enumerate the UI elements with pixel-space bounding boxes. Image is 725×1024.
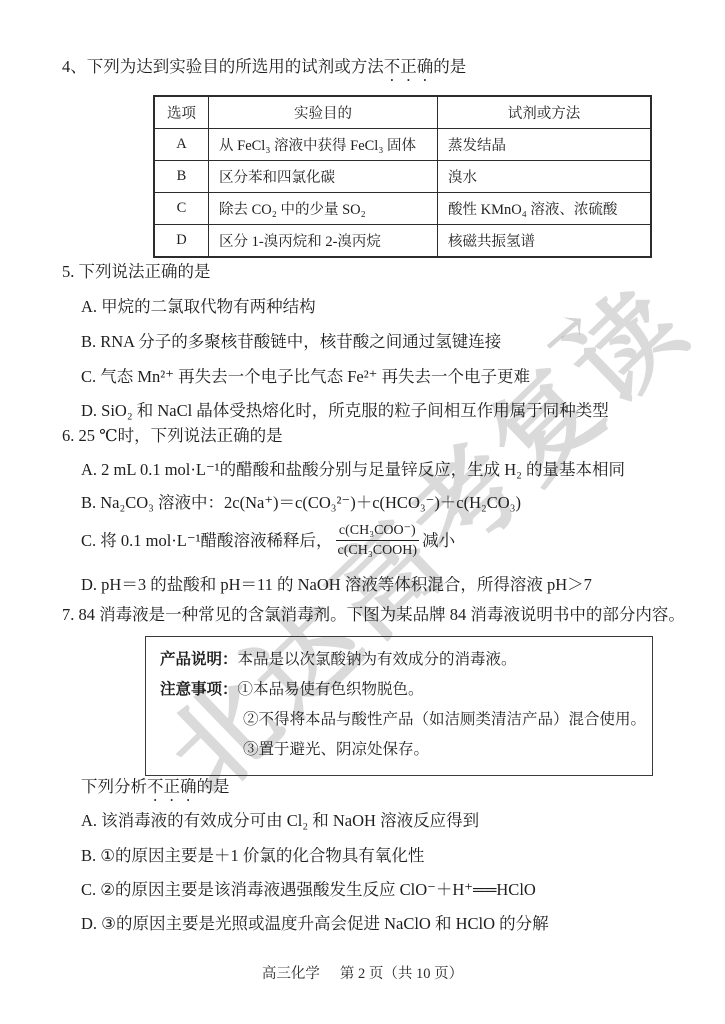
q6-option-c-fraction: c(CH₃COO⁻) c(CH₃COOH) xyxy=(336,521,420,560)
q5-option-c: C. 气态 Mn²⁺ 再失去一个电子比气态 Fe²⁺ 再失去一个电子更难 xyxy=(81,366,530,388)
question-6-stem: 6. 25 ℃时，下列说法正确的是 xyxy=(62,425,283,447)
q6-option-c: C. 将 0.1 mol·L⁻¹醋酸溶液稀释后， c(CH₃COO⁻) c(CH… xyxy=(81,521,455,560)
col-header-method: 试剂或方法 xyxy=(438,96,652,129)
cell-purpose: 区分 1-溴丙烷和 2-溴丙烷 xyxy=(209,225,438,258)
table-header-row: 选项 实验目的 试剂或方法 xyxy=(154,96,651,129)
question-7-stem: 7. 84 消毒液是一种常见的含氯消毒剂。下图为某品牌 84 消毒液说明书中的部… xyxy=(62,604,685,626)
question-4-stem: 4、下列为达到实验目的所选用的试剂或方法不正确的是 xyxy=(62,56,466,85)
q7-option-a: A. 该消毒液的有效成分可由 Cl₂ 和 NaOH 溶液反应得到 xyxy=(81,810,479,832)
fraction-denominator: c(CH₃COOH) xyxy=(336,541,420,560)
cell-purpose: 除去 CO₂ 中的少量 SO₂ xyxy=(209,193,438,225)
exam-page: 北达高考复读 ↗ 4、下列为达到实验目的所选用的试剂或方法不正确的是 选项 实验… xyxy=(0,0,725,1024)
cell-option: D xyxy=(154,225,209,258)
product-description-label: 产品说明： xyxy=(160,651,238,668)
q4-stem-pre: 4、下列为达到实验目的所选用的试剂或方法 xyxy=(62,57,384,76)
q4-stem-emphasis: 不正确 xyxy=(384,57,434,76)
table-row-c: C 除去 CO₂ 中的少量 SO₂ 酸性 KMnO₄ 溶液、浓硫酸 xyxy=(154,193,651,225)
q7-option-b: B. ①的原因主要是＋1 价氯的化合物具有氧化性 xyxy=(81,845,424,867)
product-manual-box: 产品说明：本品是以次氯酸钠为有效成分的消毒液。 注意事项：①本品易使有色织物脱色… xyxy=(145,636,653,776)
footer-page-number: 第 2 页（共 10 页） xyxy=(340,966,463,982)
q5-option-d: D. SiO₂ 和 NaCl 晶体受热熔化时，所克服的粒子间相互作用属于同种类型 xyxy=(81,400,609,422)
cell-option: A xyxy=(154,129,209,161)
cell-option: B xyxy=(154,161,209,193)
notes-line-3: ③置于避光、阴凉处保存。 xyxy=(160,735,640,765)
cell-method: 核磁共振氢谱 xyxy=(438,225,652,258)
product-description-line: 产品说明：本品是以次氯酸钠为有效成分的消毒液。 xyxy=(160,645,640,675)
table-row-b: B 区分苯和四氯化碳 溴水 xyxy=(154,161,651,193)
q6-option-c-post: 减小 xyxy=(422,530,455,552)
cell-method: 酸性 KMnO₄ 溶液、浓硫酸 xyxy=(438,193,652,225)
footer-subject: 高三化学 xyxy=(262,966,320,982)
q7-analysis-stem: 下列分析不正确的是 xyxy=(81,776,230,805)
q6-option-d: D. pH＝3 的盐酸和 pH＝11 的 NaOH 溶液等体积混合，所得溶液 p… xyxy=(81,574,592,596)
cell-method: 溴水 xyxy=(438,161,652,193)
cell-method: 蒸发结晶 xyxy=(438,129,652,161)
note-1-text: ①本品易使有色织物脱色。 xyxy=(238,681,424,698)
q5-option-b: B. RNA 分子的多聚核苷酸链中，核苷酸之间通过氢键连接 xyxy=(81,331,501,353)
notes-line-1: 注意事项：①本品易使有色织物脱色。 xyxy=(160,675,640,705)
q4-stem-post: 的是 xyxy=(433,57,466,76)
watermark-arrow-icon: ↗ xyxy=(538,296,591,367)
fraction-numerator: c(CH₃COO⁻) xyxy=(336,521,420,541)
q7-option-d: D. ③的原因主要是光照或温度升高会促进 NaClO 和 HClO 的分解 xyxy=(81,913,549,935)
question-5-stem: 5. 下列说法正确的是 xyxy=(62,261,211,283)
cell-option: C xyxy=(154,193,209,225)
page-footer: 高三化学第 2 页（共 10 页） xyxy=(0,962,725,983)
q5-option-a: A. 甲烷的二氯取代物有两种结构 xyxy=(81,296,316,318)
cell-purpose: 区分苯和四氯化碳 xyxy=(209,161,438,193)
col-header-purpose: 实验目的 xyxy=(209,96,438,129)
q7-analysis-pre: 下列分析 xyxy=(81,777,147,796)
q7-analysis-post: 的是 xyxy=(197,777,230,796)
notes-line-2: ②不得将本品与酸性产品（如洁厕类清洁产品）混合使用。 xyxy=(160,705,640,735)
product-description-text: 本品是以次氯酸钠为有效成分的消毒液。 xyxy=(238,651,517,668)
q6-option-a: A. 2 mL 0.1 mol·L⁻¹的醋酸和盐酸分别与足量锌反应，生成 H₂ … xyxy=(81,459,625,481)
notes-label: 注意事项： xyxy=(160,681,238,698)
table-row-d: D 区分 1-溴丙烷和 2-溴丙烷 核磁共振氢谱 xyxy=(154,225,651,258)
q6-option-c-pre: C. 将 0.1 mol·L⁻¹醋酸溶液稀释后， xyxy=(81,530,333,552)
q4-reagent-method-table: 选项 实验目的 试剂或方法 A 从 FeCl₃ 溶液中获得 FeCl₃ 固体 蒸… xyxy=(153,95,652,258)
q7-analysis-emphasis: 不正确 xyxy=(147,777,197,796)
table-row-a: A 从 FeCl₃ 溶液中获得 FeCl₃ 固体 蒸发结晶 xyxy=(154,129,651,161)
cell-purpose: 从 FeCl₃ 溶液中获得 FeCl₃ 固体 xyxy=(209,129,438,161)
q6-option-b: B. Na₂CO₃ 溶液中：2c(Na⁺)＝c(CO₃²⁻)＋c(HCO₃⁻)＋… xyxy=(81,492,521,514)
q7-option-c: C. ②的原因主要是该消毒液遇强酸发生反应 ClO⁻＋H⁺══HClO xyxy=(81,879,536,901)
col-header-option: 选项 xyxy=(154,96,209,129)
